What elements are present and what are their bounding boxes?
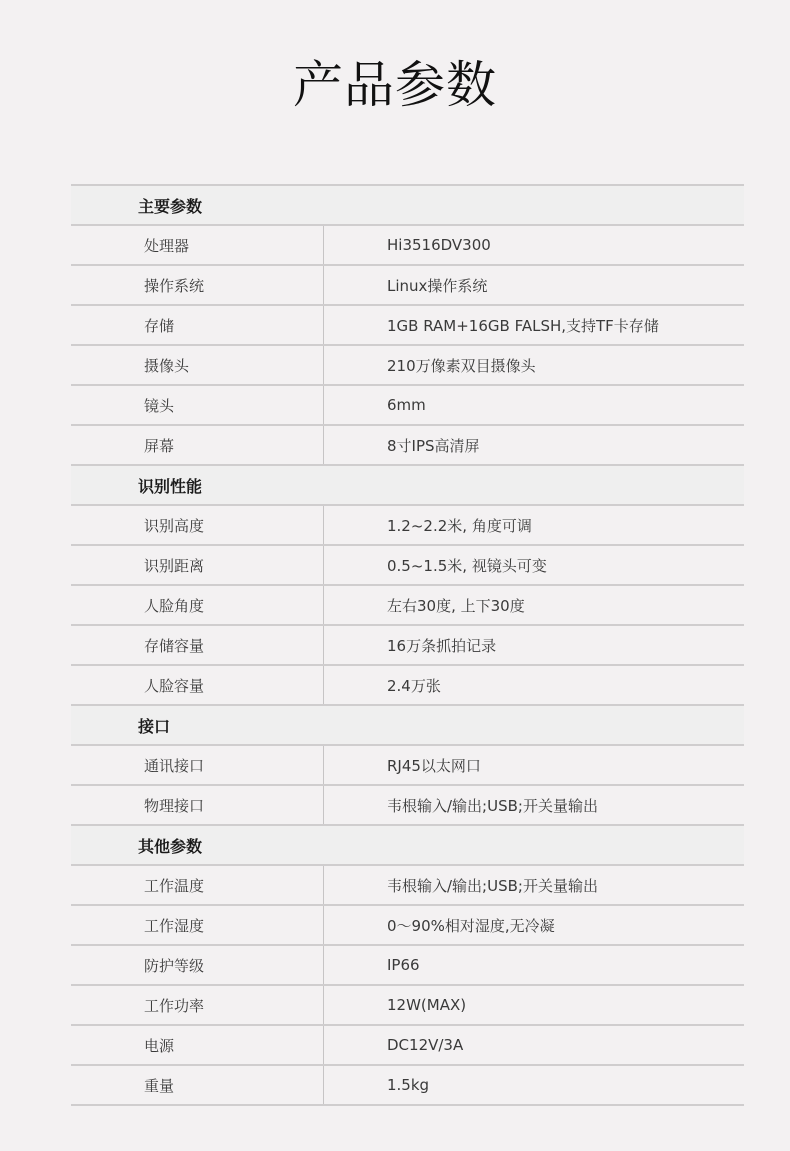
param-label: 存储容量 — [71, 626, 324, 664]
table-row: 处理器 Hi3516DV300 — [71, 226, 744, 266]
param-value: 8寸IPS高清屏 — [324, 426, 744, 464]
param-label: 镜头 — [71, 386, 324, 424]
section-header-other-params: 其他参数 — [71, 826, 744, 866]
param-value: 12W(MAX) — [324, 986, 744, 1024]
table-row: 镜头 6mm — [71, 386, 744, 426]
param-value: 1.5kg — [324, 1066, 744, 1104]
table-row: 电源 DC12V/3A — [71, 1026, 744, 1066]
table-row: 人脸角度 左右30度, 上下30度 — [71, 586, 744, 626]
param-label: 摄像头 — [71, 346, 324, 384]
table-row: 工作功率 12W(MAX) — [71, 986, 744, 1026]
param-label: 工作温度 — [71, 866, 324, 904]
param-label: 重量 — [71, 1066, 324, 1104]
section-heading: 识别性能 — [71, 474, 202, 497]
param-value: 2.4万张 — [324, 666, 744, 704]
param-value: IP66 — [324, 946, 744, 984]
param-value: 韦根输入/输出;USB;开关量输出 — [324, 786, 744, 824]
section-header-recognition: 识别性能 — [71, 466, 744, 506]
table-row: 工作温度 韦根输入/输出;USB;开关量输出 — [71, 866, 744, 906]
param-value: 16万条抓拍记录 — [324, 626, 744, 664]
table-row: 防护等级 IP66 — [71, 946, 744, 986]
param-value: 韦根输入/输出;USB;开关量输出 — [324, 866, 744, 904]
param-value: 210万像素双目摄像头 — [324, 346, 744, 384]
param-value: DC12V/3A — [324, 1026, 744, 1064]
param-label: 防护等级 — [71, 946, 324, 984]
table-row: 摄像头 210万像素双目摄像头 — [71, 346, 744, 386]
section-heading: 接口 — [71, 714, 170, 737]
table-row: 物理接口 韦根输入/输出;USB;开关量输出 — [71, 786, 744, 826]
param-label: 操作系统 — [71, 266, 324, 304]
param-label: 存储 — [71, 306, 324, 344]
param-label: 工作湿度 — [71, 906, 324, 944]
param-value: 1.2~2.2米, 角度可调 — [324, 506, 744, 544]
spec-table: 主要参数 处理器 Hi3516DV300 操作系统 Linux操作系统 存储 1… — [71, 184, 744, 1106]
param-label: 人脸容量 — [71, 666, 324, 704]
section-heading: 主要参数 — [71, 194, 202, 217]
table-row: 识别距离 0.5~1.5米, 视镜头可变 — [71, 546, 744, 586]
param-value: RJ45以太网口 — [324, 746, 744, 784]
param-value: Hi3516DV300 — [324, 226, 744, 264]
param-label: 人脸角度 — [71, 586, 324, 624]
param-label: 处理器 — [71, 226, 324, 264]
table-row: 识别高度 1.2~2.2米, 角度可调 — [71, 506, 744, 546]
section-heading: 其他参数 — [71, 834, 202, 857]
param-value: 左右30度, 上下30度 — [324, 586, 744, 624]
param-value: 0〜90%相对湿度,无冷凝 — [324, 906, 744, 944]
param-value: 6mm — [324, 386, 744, 424]
param-label: 识别高度 — [71, 506, 324, 544]
param-label: 屏幕 — [71, 426, 324, 464]
table-row: 人脸容量 2.4万张 — [71, 666, 744, 706]
table-row: 操作系统 Linux操作系统 — [71, 266, 744, 306]
table-row: 通讯接口 RJ45以太网口 — [71, 746, 744, 786]
table-row: 存储容量 16万条抓拍记录 — [71, 626, 744, 666]
page-title: 产品参数 — [0, 52, 790, 118]
section-header-interfaces: 接口 — [71, 706, 744, 746]
param-value: 1GB RAM+16GB FALSH,支持TF卡存储 — [324, 306, 744, 344]
section-header-main-params: 主要参数 — [71, 186, 744, 226]
table-row: 屏幕 8寸IPS高清屏 — [71, 426, 744, 466]
table-row: 工作湿度 0〜90%相对湿度,无冷凝 — [71, 906, 744, 946]
table-row: 重量 1.5kg — [71, 1066, 744, 1106]
param-label: 物理接口 — [71, 786, 324, 824]
param-label: 电源 — [71, 1026, 324, 1064]
param-value: Linux操作系统 — [324, 266, 744, 304]
param-value: 0.5~1.5米, 视镜头可变 — [324, 546, 744, 584]
param-label: 通讯接口 — [71, 746, 324, 784]
table-row: 存储 1GB RAM+16GB FALSH,支持TF卡存储 — [71, 306, 744, 346]
param-label: 识别距离 — [71, 546, 324, 584]
param-label: 工作功率 — [71, 986, 324, 1024]
